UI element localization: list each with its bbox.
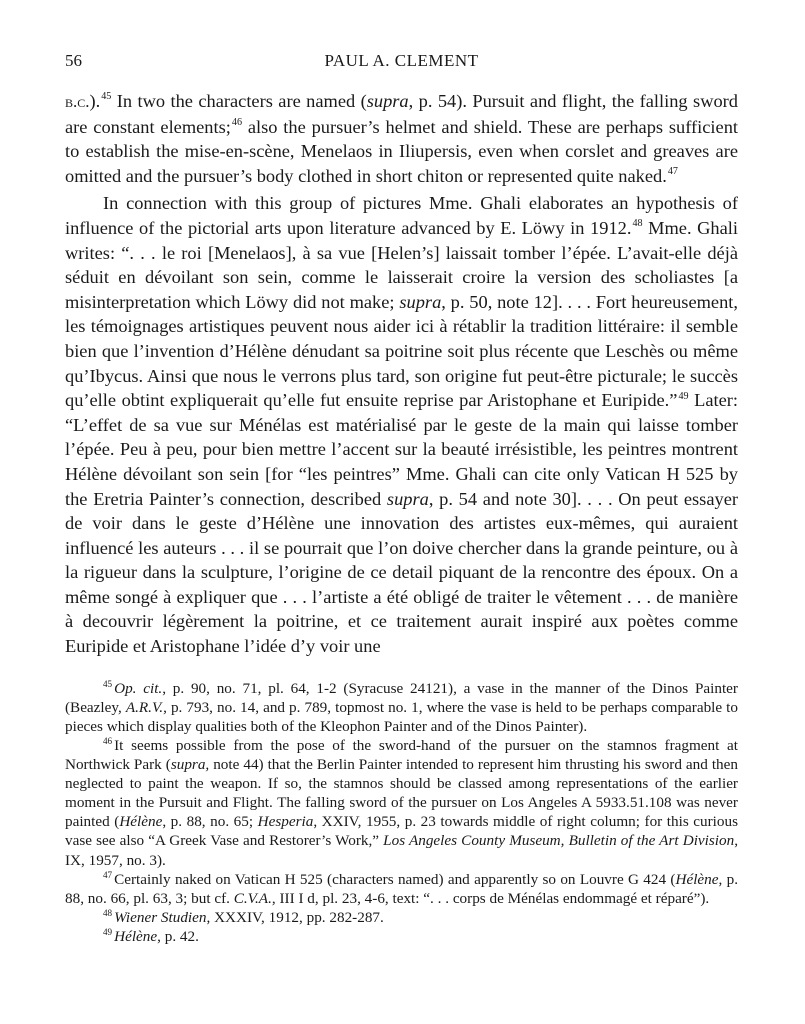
running-head: 56 PAUL A. CLEMENT	[65, 48, 738, 74]
footnote-ref-45[interactable]: 45	[101, 91, 111, 102]
italic-run: Hélène	[114, 928, 157, 945]
text-run: ).	[89, 91, 100, 111]
footnotes: 45Op. cit., p. 90, no. 71, pl. 64, 1-2 (…	[65, 679, 738, 946]
italic-run: A.R.V.	[126, 699, 163, 716]
footnote-49: 49Hélène, p. 42.	[65, 927, 738, 946]
footnote-number: 49	[103, 927, 112, 937]
paragraph-1: b.c.).45 In two the characters are named…	[65, 89, 738, 188]
italic-run: supra,	[171, 756, 209, 773]
text-run: , III I d, pl. 23, 4-6, text: “. . . cor…	[272, 890, 709, 907]
italic-run: Wiener Studien	[114, 909, 206, 926]
italic-run: C.V.A.	[234, 890, 272, 907]
italic-run: Hélène	[675, 871, 718, 888]
text-run: Certainly naked on Vatican H 525 (charac…	[114, 871, 675, 888]
text-run: In connection with this group of picture…	[65, 193, 738, 238]
document-page: 56 PAUL A. CLEMENT b.c.).45 In two the c…	[65, 48, 738, 946]
footnote-48: 48Wiener Studien, XXXIV, 1912, pp. 282-2…	[65, 908, 738, 927]
running-title: PAUL A. CLEMENT	[65, 48, 738, 74]
footnote-45: 45Op. cit., p. 90, no. 71, pl. 64, 1-2 (…	[65, 679, 738, 736]
footnote-ref-46[interactable]: 46	[232, 117, 242, 128]
italic-run: Hesperia	[258, 813, 314, 830]
italic-run: Hélène	[119, 813, 162, 830]
footnote-ref-49[interactable]: 49	[678, 391, 688, 402]
footnote-number: 47	[103, 870, 112, 880]
text-run: , XXXIV, 1912, pp. 282-287.	[206, 909, 383, 926]
footnote-number: 48	[103, 908, 112, 918]
italic-run: supra	[367, 91, 409, 111]
italic-run: supra	[387, 489, 429, 509]
footnote-number: 46	[103, 736, 112, 746]
text-run: , p. 54 and note 30]. . . . On peut essa…	[65, 489, 738, 657]
footnote-46: 46It seems possible from the pose of the…	[65, 736, 738, 870]
text-run: , p. 88, no. 65;	[162, 813, 257, 830]
footnote-47: 47Certainly naked on Vatican H 525 (char…	[65, 870, 738, 908]
footnote-number: 45	[103, 679, 112, 689]
italic-run: Op. cit.	[114, 680, 162, 697]
text-run: In two the characters are named (	[111, 91, 366, 111]
italic-run: supra	[399, 292, 441, 312]
abbrev-bc: b.c.	[65, 92, 89, 111]
text-run: , p. 793, no. 14, and p. 789, topmost no…	[65, 699, 738, 735]
footnote-ref-48[interactable]: 48	[632, 218, 642, 229]
footnote-ref-47[interactable]: 47	[668, 166, 678, 177]
paragraph-2: In connection with this group of picture…	[65, 191, 738, 658]
body-text: b.c.).45 In two the characters are named…	[65, 89, 738, 659]
text-run: , p. 42.	[157, 928, 199, 945]
italic-run: Los Angeles County Museum, Bulletin of t…	[383, 832, 734, 849]
